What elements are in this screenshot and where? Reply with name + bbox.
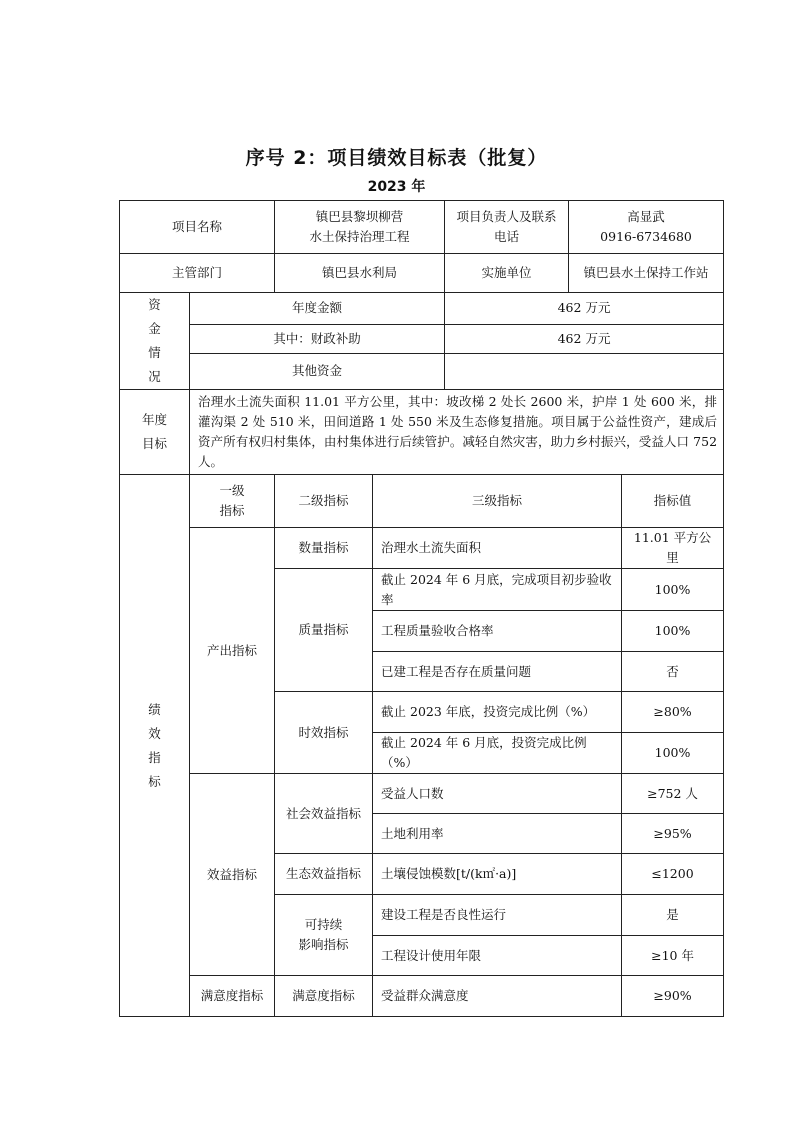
performance-target-table: 项目名称 镇巴县黎坝柳营 水土保持治理工程 项目负责人及联系 电话 高显武 09… [119, 200, 724, 1017]
department-label: 主管部门 [120, 254, 275, 293]
level2-satisfaction: 满意度指标 [275, 976, 373, 1017]
level2-quality: 质量指标 [275, 569, 373, 692]
indicator-value: 是 [622, 895, 724, 936]
indicator-value: ≥95% [622, 814, 724, 854]
level3-item: 土壤侵蚀模数[t/(k㎡·a)] [373, 854, 622, 895]
funding-label-annual: 年度金额 [190, 293, 445, 325]
year-subtitle: 2023 年 [0, 176, 793, 196]
level3-item: 受益人口数 [373, 774, 622, 814]
funding-section-label: 资 金 情 况 [120, 293, 190, 390]
level3-item: 建设工程是否良性运行 [373, 895, 622, 936]
implementer-label: 实施单位 [445, 254, 569, 293]
indicator-value: 11.01 平方公 里 [622, 528, 724, 569]
project-name-value: 镇巴县黎坝柳营 水土保持治理工程 [275, 201, 445, 254]
department-value: 镇巴县水利局 [275, 254, 445, 293]
funding-label-other: 其他资金 [190, 353, 445, 389]
indicator-value: 否 [622, 652, 724, 692]
indicator-value: ≥90% [622, 976, 724, 1017]
header-level3: 三级指标 [373, 475, 622, 528]
indicator-value: ≥10 年 [622, 936, 724, 976]
indicator-value: ≥80% [622, 692, 724, 733]
funding-value-annual: 462 万元 [445, 293, 724, 325]
level3-item: 工程质量验收合格率 [373, 611, 622, 652]
header-level1: 一级 指标 [190, 475, 275, 528]
project-name-label: 项目名称 [120, 201, 275, 254]
header-level2: 二级指标 [275, 475, 373, 528]
level1-output: 产出指标 [190, 528, 275, 774]
indicators-section-label: 绩 效 指 标 [120, 475, 190, 1017]
level3-item: 工程设计使用年限 [373, 936, 622, 976]
level3-item: 截止 2023 年底，投资完成比例（%） [373, 692, 622, 733]
annual-goal-text: 治理水土流失面积 11.01 平方公里，其中：坡改梯 2 处长 2600 米，护… [190, 390, 724, 475]
level2-quantity: 数量指标 [275, 528, 373, 569]
funding-value-fiscal: 462 万元 [445, 324, 724, 353]
level3-item: 土地利用率 [373, 814, 622, 854]
indicator-value: ≥752 人 [622, 774, 724, 814]
contact-value: 高显武 0916-6734680 [569, 201, 724, 254]
indicator-value: ≤1200 [622, 854, 724, 895]
page-title: 序号 2：项目绩效目标表（批复） [0, 143, 793, 170]
level1-benefit: 效益指标 [190, 774, 275, 976]
level3-item: 截止 2024 年 6 月底，完成项目初步验收率 [373, 569, 622, 611]
funding-label-fiscal: 其中：财政补助 [190, 324, 445, 353]
funding-value-other [445, 353, 724, 389]
level3-item: 已建工程是否存在质量问题 [373, 652, 622, 692]
level2-social: 社会效益指标 [275, 774, 373, 854]
level2-ecological: 生态效益指标 [275, 854, 373, 895]
header-value: 指标值 [622, 475, 724, 528]
indicator-value: 100% [622, 733, 724, 774]
level2-timeliness: 时效指标 [275, 692, 373, 774]
indicator-value: 100% [622, 611, 724, 652]
level2-sustainability: 可持续 影响指标 [275, 895, 373, 976]
annual-goal-label: 年度 目标 [120, 390, 190, 475]
level1-satisfaction: 满意度指标 [190, 976, 275, 1017]
indicator-value: 100% [622, 569, 724, 611]
level3-item: 受益群众满意度 [373, 976, 622, 1017]
level3-item: 治理水土流失面积 [373, 528, 622, 569]
implementer-value: 镇巴县水土保持工作站 [569, 254, 724, 293]
level3-item: 截止 2024 年 6 月底，投资完成比例（%） [373, 733, 622, 774]
contact-label: 项目负责人及联系 电话 [445, 201, 569, 254]
